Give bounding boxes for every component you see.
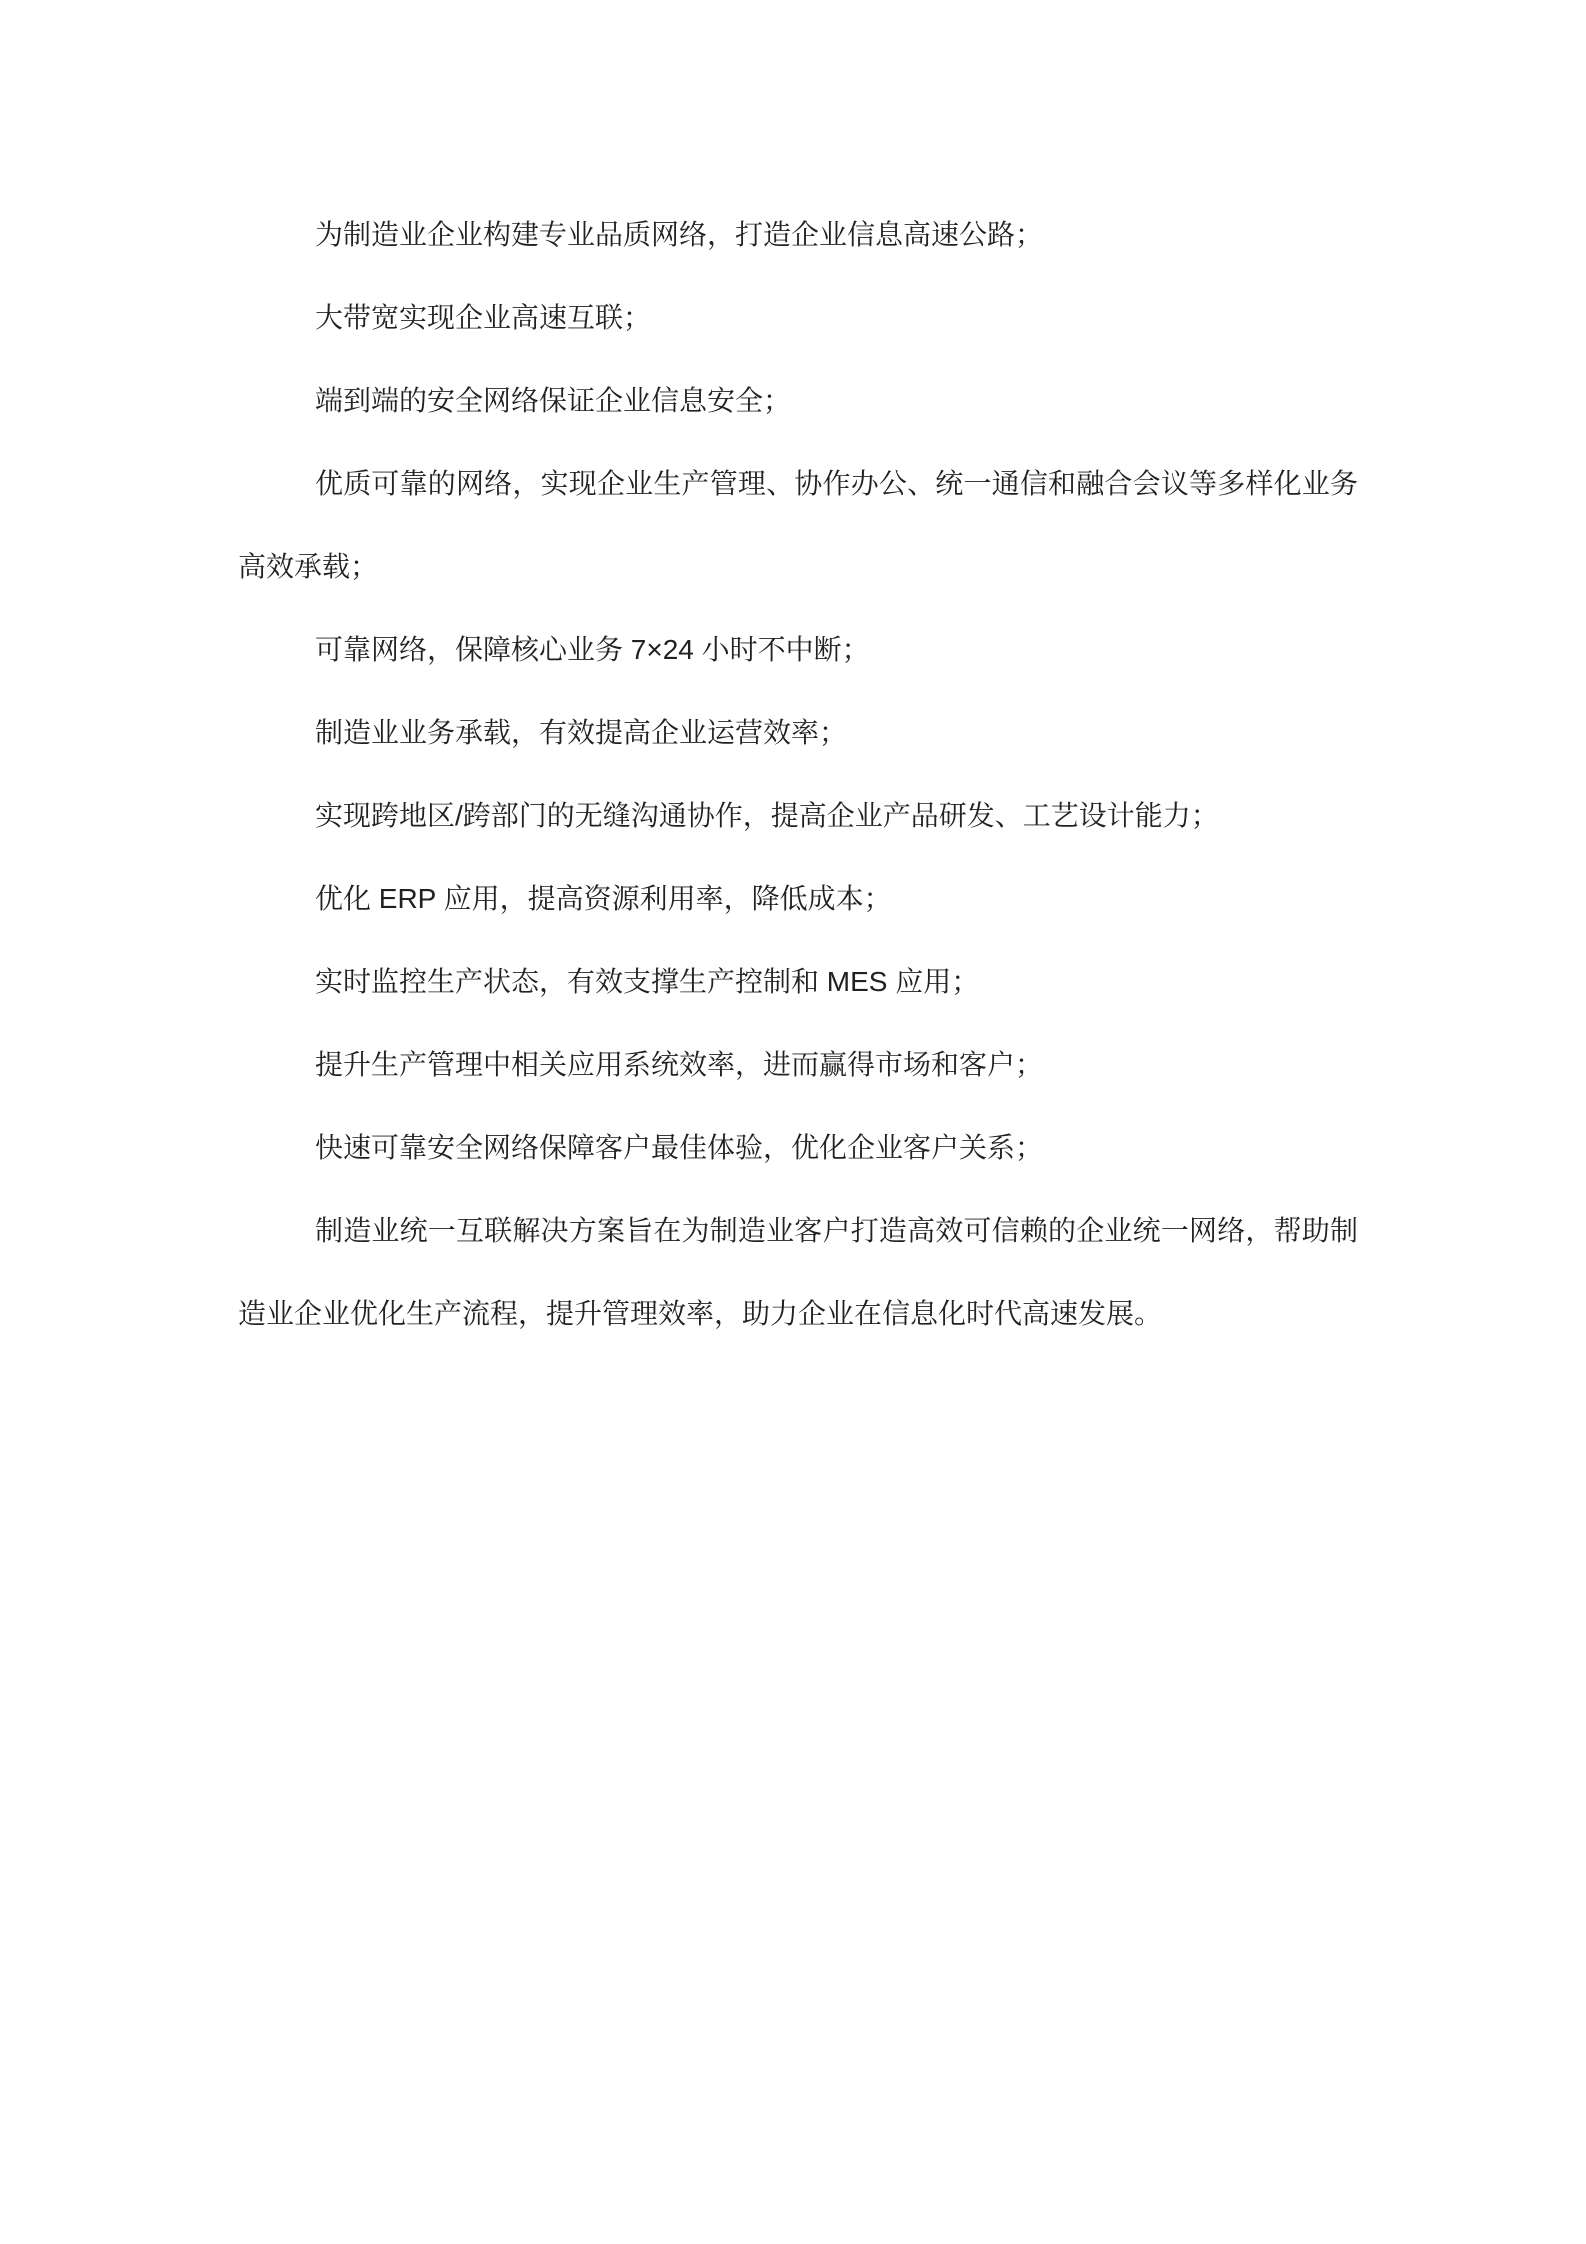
paragraph-6: 制造业业务承载，有效提高企业运营效率； bbox=[238, 691, 1358, 774]
document-page: 为制造业企业构建专业品质网络，打造企业信息高速公路； 大带宽实现企业高速互联； … bbox=[0, 0, 1586, 2244]
paragraph-3: 端到端的安全网络保证企业信息安全； bbox=[238, 359, 1358, 442]
paragraph-7: 实现跨地区/跨部门的无缝沟通协作，提高企业产品研发、工艺设计能力； bbox=[238, 774, 1358, 857]
paragraph-11: 快速可靠安全网络保障客户最佳体验，优化企业客户关系； bbox=[238, 1106, 1358, 1189]
paragraph-4: 优质可靠的网络，实现企业生产管理、协作办公、统一通信和融合会议等多样化业务高效承… bbox=[238, 442, 1358, 608]
paragraph-1: 为制造业企业构建专业品质网络，打造企业信息高速公路； bbox=[238, 193, 1358, 276]
paragraph-12: 制造业统一互联解决方案旨在为制造业客户打造高效可信赖的企业统一网络，帮助制造业企… bbox=[238, 1189, 1358, 1355]
paragraph-10: 提升生产管理中相关应用系统效率，进而赢得市场和客户； bbox=[238, 1023, 1358, 1106]
paragraph-5: 可靠网络，保障核心业务 7×24 小时不中断； bbox=[238, 608, 1358, 691]
paragraph-9: 实时监控生产状态，有效支撑生产控制和 MES 应用； bbox=[238, 940, 1358, 1023]
paragraph-8: 优化 ERP 应用，提高资源利用率，降低成本； bbox=[238, 857, 1358, 940]
document-body: 为制造业企业构建专业品质网络，打造企业信息高速公路； 大带宽实现企业高速互联； … bbox=[238, 193, 1358, 1355]
paragraph-2: 大带宽实现企业高速互联； bbox=[238, 276, 1358, 359]
